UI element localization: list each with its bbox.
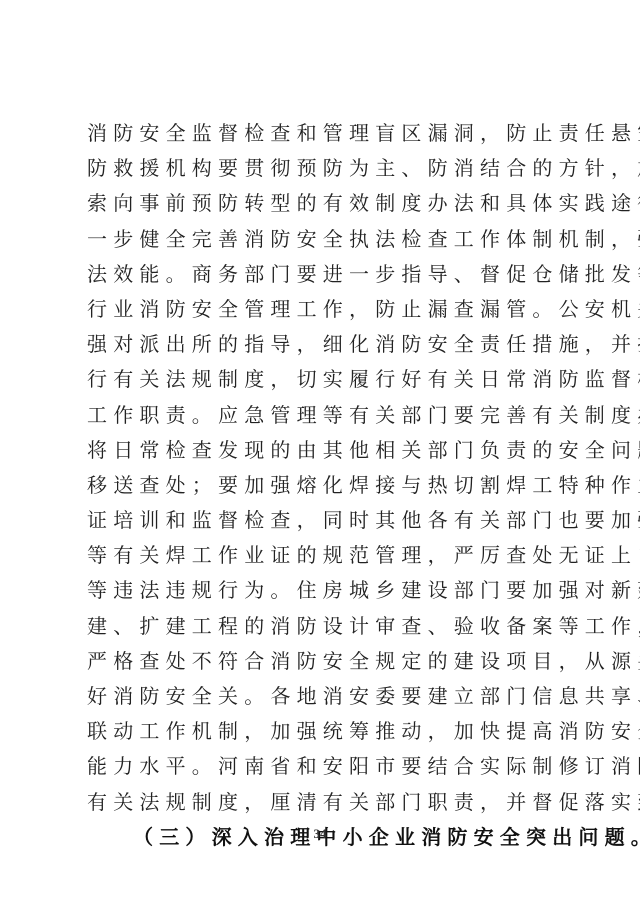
text-line: 索向事前预防转型的有效制度办法和具体实践途径，进 <box>87 186 563 221</box>
text-line: 强对派出所的指导，细化消防安全责任措施，并按照现 <box>87 327 563 362</box>
page-number: 34 <box>0 826 640 842</box>
text-line: 行有关法规制度，切实履行好有关日常消防监督检查等 <box>87 362 563 397</box>
text-line: 工作职责。应急管理等有关部门要完善有关制度办法， <box>87 398 563 433</box>
text-line: 好消防安全关。各地消安委要建立部门信息共享、协调 <box>87 679 563 714</box>
text-line: 证培训和监督检查，同时其他各有关部门也要加强焊接 <box>87 503 563 538</box>
text-line: 有关法规制度，厘清有关部门职责，并督促落实到位。 <box>87 785 563 820</box>
text-line: 等违法违规行为。住房城乡建设部门要加强对新建、改 <box>87 573 563 608</box>
text-line: 等有关焊工作业证的规范管理，严厉查处无证上岗作业 <box>87 538 563 573</box>
text-line: 一步健全完善消防安全执法检查工作体制机制，强化执 <box>87 222 563 257</box>
text-line: 严格查处不符合消防安全规定的建设项目，从源头上把 <box>87 644 563 679</box>
text-line: 消防安全监督检查和管理盲区漏洞，防止责任悬空。消 <box>87 116 563 151</box>
text-line: 行业消防安全管理工作，防止漏查漏管。公安机关要加 <box>87 292 563 327</box>
text-line: 将日常检查发现的由其他相关部门负责的安全问题及时 <box>87 433 563 468</box>
text-line: 移送查处；要加强熔化焊接与热切割焊工特种作业证颁 <box>87 468 563 503</box>
text-line: 能力水平。河南省和安阳市要结合实际制修订消防安全 <box>87 749 563 784</box>
text-line: 建、扩建工程的消防设计审查、验收备案等工作，依法 <box>87 609 563 644</box>
body-text: 消防安全监督检查和管理盲区漏洞，防止责任悬空。消 防救援机构要贯彻预防为主、防消… <box>87 116 563 855</box>
text-line: 联动工作机制，加强统筹推动，加快提高消防安全整体 <box>87 714 563 749</box>
text-line: 防救援机构要贯彻预防为主、防消结合的方针，加快探 <box>87 151 563 186</box>
document-page: 消防安全监督检查和管理盲区漏洞，防止责任悬空。消 防救援机构要贯彻预防为主、防消… <box>0 0 640 904</box>
text-line: 法效能。商务部门要进一步指导、督促仓储批发等商贸 <box>87 257 563 292</box>
